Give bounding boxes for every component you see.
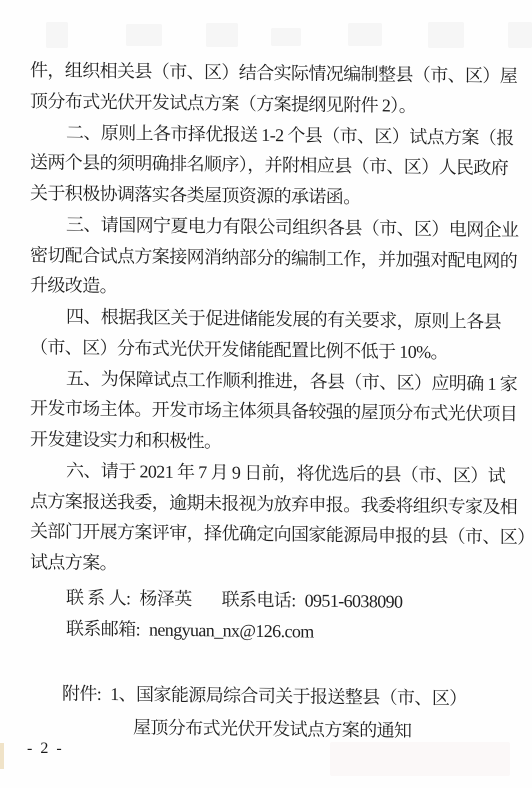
contact-phone-label: 联系电话: — [222, 589, 296, 610]
contact-email-line: 联系邮箱:nengyuan_nx@126.com — [30, 613, 516, 650]
contact-email-address: nengyuan_nx@126.com — [149, 619, 314, 641]
scan-artifact — [46, 22, 68, 48]
scan-artifact — [271, 28, 301, 46]
contact-phone-number: 0951-6038090 — [305, 590, 403, 611]
contact-email-label: 联系邮箱: — [66, 618, 140, 639]
attachment-item-number: 1、 — [110, 684, 136, 704]
scan-edge-mark — [0, 743, 4, 769]
attachment-title-line-1: 国家能源局综合司关于报送整县（市、区） — [136, 685, 467, 709]
document-body: 件，组织相关县（市、区）结合实际情况编制整县（市、区）屋 顶分布式光伏开发试点方… — [30, 55, 516, 749]
scanned-document-page: 件，组织相关县（市、区）结合实际情况编制整县（市、区）屋 顶分布式光伏开发试点方… — [0, 0, 532, 788]
attachment-line-1: 附件:1、国家能源局综合司关于报送整县（市、区） — [30, 677, 516, 716]
scan-artifact — [126, 24, 162, 46]
contact-person-label: 联 系 人: — [66, 587, 130, 608]
contact-block: 联 系 人:杨泽英联系电话:0951-6038090 联系邮箱:nengyuan… — [30, 582, 516, 650]
attachment-block: 附件:1、国家能源局综合司关于报送整县（市、区） 屋顶分布式光伏开发试点方案的通… — [30, 677, 516, 749]
attachment-label: 附件: — [62, 684, 101, 704]
scan-artifact — [348, 23, 382, 46]
scan-artifact — [206, 23, 238, 47]
scan-artifact — [428, 22, 464, 48]
attachment-line-2: 屋顶分布式光伏开发试点方案的通知 — [30, 710, 516, 749]
page-number: - 2 - — [27, 740, 64, 758]
contact-person-name: 杨泽英 — [139, 588, 191, 609]
body-line: 试点方案。 — [30, 547, 516, 584]
scan-artifact — [508, 22, 532, 48]
